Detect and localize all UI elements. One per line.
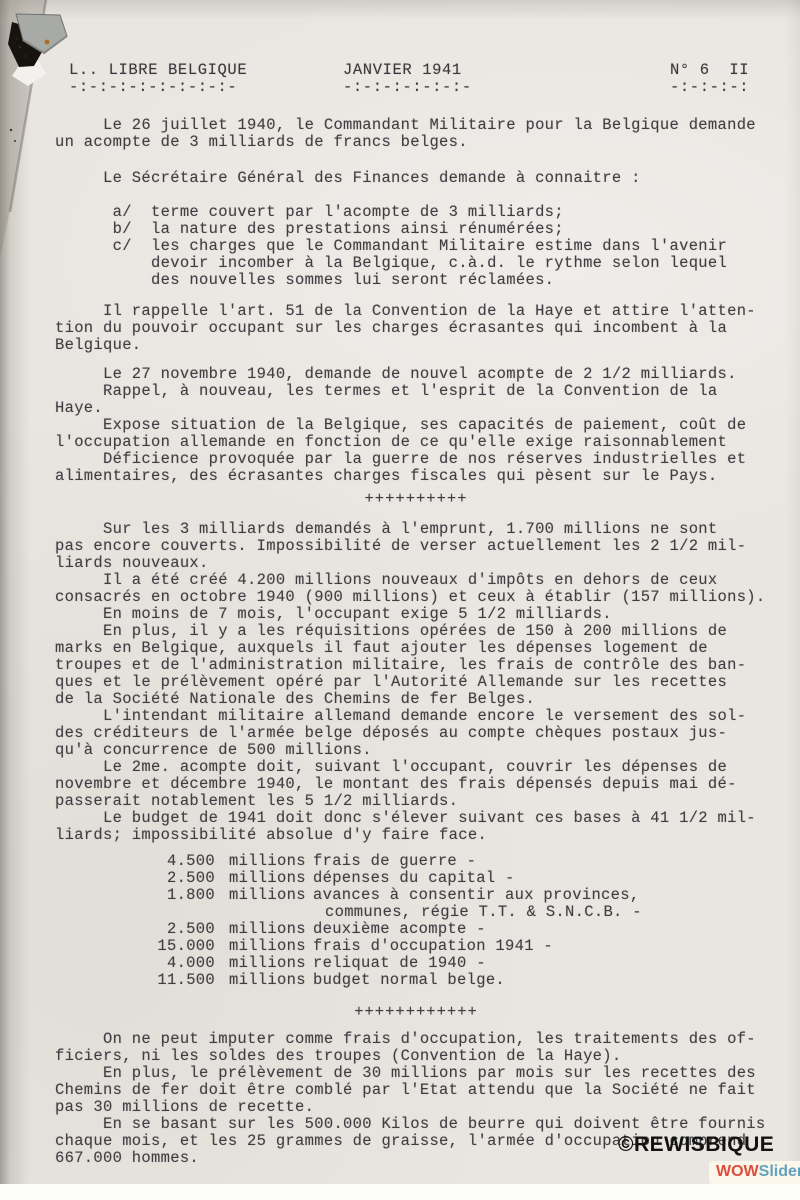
paragraph: a/ terme couvert par l'acompte de 3 mill… bbox=[55, 204, 777, 289]
text-line: ficiers, ni les soldes des troupes (Conv… bbox=[55, 1048, 777, 1065]
budget-unit: millions bbox=[229, 921, 307, 938]
budget-amount: 4.000 bbox=[55, 955, 215, 972]
text-line: des nouvelles sommes lui seront réclamée… bbox=[55, 272, 777, 289]
budget-table-row: 15.000millionsfrais d'occupation 1941 - bbox=[55, 938, 777, 955]
ink-speck bbox=[19, 46, 22, 49]
plus-separator: ++++++++++ bbox=[55, 491, 777, 508]
text-line: marks en Belgique, auxquels il faut ajou… bbox=[55, 640, 777, 657]
budget-label: frais de guerre - bbox=[313, 853, 476, 870]
budget-amount bbox=[55, 904, 215, 921]
budget-unit bbox=[229, 904, 307, 921]
budget-unit: millions bbox=[229, 887, 307, 904]
issue-rule: -:-:-:-: bbox=[670, 79, 749, 96]
copyright-watermark: ©REWISBIQUE bbox=[618, 1133, 788, 1157]
budget-table-row: communes, régie T.T. & S.N.C.B. - bbox=[55, 904, 777, 921]
text-line: Rappel, à nouveau, les termes et l'espri… bbox=[55, 383, 777, 400]
masthead-publication: L.. LIBRE BELGIQUE -:-:-:-:-:-:-:-:- bbox=[69, 62, 247, 96]
text-line: consacrés en octobre 1940 (900 millions)… bbox=[55, 589, 777, 606]
budget-amount: 4.500 bbox=[55, 853, 215, 870]
budget-amount: 15.000 bbox=[55, 938, 215, 955]
paragraph: Le budget de 1941 doit donc s'élever sui… bbox=[55, 810, 777, 844]
document-blocks: Le 26 juillet 1940, le Commandant Milita… bbox=[55, 117, 777, 1167]
text-line: On ne peut imputer comme frais d'occupat… bbox=[55, 1031, 777, 1048]
publication-title: L.. LIBRE BELGIQUE bbox=[69, 62, 247, 79]
budget-table-row: 2.500millionsdépenses du capital - bbox=[55, 870, 777, 887]
paragraph: Rappel, à nouveau, les termes et l'espri… bbox=[55, 383, 777, 417]
budget-label: reliquat de 1940 - bbox=[313, 955, 486, 972]
budget-amount: 1.800 bbox=[55, 887, 215, 904]
budget-amount: 2.500 bbox=[55, 870, 215, 887]
budget-label: dépenses du capital - bbox=[313, 870, 515, 887]
wowslider-badge[interactable]: WOWSlider bbox=[709, 1161, 800, 1184]
paragraph: Déficience provoquée par la guerre de no… bbox=[55, 451, 777, 485]
paragraph: En moins de 7 mois, l'occupant exige 5 1… bbox=[55, 606, 777, 623]
text-line: pas encore couverts. Impossibilité de ve… bbox=[55, 538, 777, 555]
ink-speck bbox=[14, 140, 16, 142]
budget-unit: millions bbox=[229, 938, 307, 955]
issue-date: JANVIER 1941 bbox=[343, 62, 472, 79]
budget-label: frais d'occupation 1941 - bbox=[313, 938, 553, 955]
text-line: passerait notablement les 5 1/2 milliard… bbox=[55, 793, 777, 810]
budget-unit: millions bbox=[229, 972, 307, 989]
paragraph: Expose situation de la Belgique, ses cap… bbox=[55, 417, 777, 451]
text-line: novembre et décembre 1940, le montant de… bbox=[55, 776, 777, 793]
text-line: Le Sécrétaire Général des Finances deman… bbox=[55, 170, 777, 187]
wowslider-badge-wow: WOW bbox=[716, 1163, 759, 1180]
paragraph: On ne peut imputer comme frais d'occupat… bbox=[55, 1031, 777, 1065]
budget-table-row: 2.500millionsdeuxième acompte - bbox=[55, 921, 777, 938]
budget-table-row: 4.000millionsreliquat de 1940 - bbox=[55, 955, 777, 972]
budget-unit: millions bbox=[229, 955, 307, 972]
text-line: En plus, le prélèvement de 30 millions p… bbox=[55, 1065, 777, 1082]
typewritten-text-column: L.. LIBRE BELGIQUE -:-:-:-:-:-:-:-:- JAN… bbox=[55, 62, 777, 1167]
ink-speck bbox=[24, 55, 26, 57]
budget-table-row: 4.500millionsfrais de guerre - bbox=[55, 853, 777, 870]
text-line: Le 26 juillet 1940, le Commandant Milita… bbox=[55, 117, 777, 134]
budget-label: communes, régie T.T. & S.N.C.B. - bbox=[313, 904, 642, 921]
paragraph: Le 2me. acompte doit, suivant l'occupant… bbox=[55, 759, 777, 810]
text-line: Le budget de 1941 doit donc s'élever sui… bbox=[55, 810, 777, 827]
text-line: qu'à concurrence de 500 millions. bbox=[55, 742, 777, 759]
text-line: un acompte de 3 milliards de francs belg… bbox=[55, 134, 777, 151]
budget-table: 4.500millionsfrais de guerre -2.500milli… bbox=[55, 853, 777, 989]
budget-table-row: 1.800millionsavances à consentir aux pro… bbox=[55, 887, 777, 904]
publication-rule: -:-:-:-:-:-:-:-:- bbox=[69, 79, 247, 96]
paragraph: Le 27 novembre 1940, demande de nouvel a… bbox=[55, 366, 777, 383]
masthead-issue-number: N° 6 II -:-:-:-: bbox=[670, 62, 749, 96]
text-line: troupes et de l'administration militaire… bbox=[55, 657, 777, 674]
paragraph: Il rappelle l'art. 51 de la Convention d… bbox=[55, 303, 777, 354]
date-rule: -:-:-:-:-:-:- bbox=[343, 79, 472, 96]
ink-speck bbox=[16, 38, 18, 40]
paragraph: Il a été créé 4.200 millions nouveaux d'… bbox=[55, 572, 777, 606]
text-line: Sur les 3 milliards demandés à l'emprunt… bbox=[55, 521, 777, 538]
text-line: liards; impossibilité absolue d'y faire … bbox=[55, 827, 777, 844]
text-line: devoir incomber à la Belgique, c.à.d. le… bbox=[55, 255, 777, 272]
text-line: Il a été créé 4.200 millions nouveaux d'… bbox=[55, 572, 777, 589]
budget-table-row: 11.500millionsbudget normal belge. bbox=[55, 972, 777, 989]
budget-label: budget normal belge. bbox=[313, 972, 505, 989]
paragraph: Le Sécrétaire Général des Finances deman… bbox=[55, 170, 777, 187]
ink-speck bbox=[10, 129, 12, 131]
text-line: Belgique. bbox=[55, 337, 777, 354]
budget-label: deuxième acompte - bbox=[313, 921, 486, 938]
budget-amount: 11.500 bbox=[55, 972, 215, 989]
page-bottom-margin bbox=[0, 1184, 800, 1200]
text-line: alimentaires, des écrasantes charges fis… bbox=[55, 468, 777, 485]
paragraph: L'intendant militaire allemand demande e… bbox=[55, 708, 777, 759]
text-line: L'intendant militaire allemand demande e… bbox=[55, 708, 777, 725]
rust-speck bbox=[45, 40, 50, 45]
budget-amount: 2.500 bbox=[55, 921, 215, 938]
plus-separator: ++++++++++++ bbox=[55, 1004, 777, 1021]
text-line: c/ les charges que le Commandant Militai… bbox=[55, 238, 777, 255]
text-line: Déficience provoquée par la guerre de no… bbox=[55, 451, 777, 468]
text-line: Le 2me. acompte doit, suivant l'occupant… bbox=[55, 759, 777, 776]
text-line: ques et le prélèvement opéré par l'Autor… bbox=[55, 674, 777, 691]
text-line: En se basant sur les 500.000 Kilos de be… bbox=[55, 1116, 777, 1133]
paragraph: En plus, le prélèvement de 30 millions p… bbox=[55, 1065, 777, 1116]
budget-label: avances à consentir aux provinces, bbox=[313, 887, 639, 904]
paragraph: En plus, il y a les réquisitions opérées… bbox=[55, 623, 777, 708]
text-line: En moins de 7 mois, l'occupant exige 5 1… bbox=[55, 606, 777, 623]
text-line: Chemins de fer doit être comblé par l'Et… bbox=[55, 1082, 777, 1099]
text-line: En plus, il y a les réquisitions opérées… bbox=[55, 623, 777, 640]
text-line: Haye. bbox=[55, 400, 777, 417]
text-line: l'occupation allemande en fonction de ce… bbox=[55, 434, 777, 451]
masthead-date: JANVIER 1941 -:-:-:-:-:-:- bbox=[343, 62, 472, 96]
text-line: liards nouveaux. bbox=[55, 555, 777, 572]
text-line: Expose situation de la Belgique, ses cap… bbox=[55, 417, 777, 434]
paragraph: Le 26 juillet 1940, le Commandant Milita… bbox=[55, 117, 777, 151]
scanned-document-page: L.. LIBRE BELGIQUE -:-:-:-:-:-:-:-:- JAN… bbox=[0, 0, 800, 1200]
budget-unit: millions bbox=[229, 853, 307, 870]
text-line: des créditeurs de l'armée belge déposés … bbox=[55, 725, 777, 742]
budget-unit: millions bbox=[229, 870, 307, 887]
issue-number: N° 6 II bbox=[670, 62, 749, 79]
masthead: L.. LIBRE BELGIQUE -:-:-:-:-:-:-:-:- JAN… bbox=[55, 62, 777, 96]
wowslider-badge-slider: Slider bbox=[759, 1163, 800, 1180]
text-line: a/ terme couvert par l'acompte de 3 mill… bbox=[55, 204, 777, 221]
text-line: tion du pouvoir occupant sur les charges… bbox=[55, 320, 777, 337]
text-line: b/ la nature des prestations ainsi rénum… bbox=[55, 221, 777, 238]
text-line: Le 27 novembre 1940, demande de nouvel a… bbox=[55, 366, 777, 383]
text-line: Il rappelle l'art. 51 de la Convention d… bbox=[55, 303, 777, 320]
paragraph: Sur les 3 milliards demandés à l'emprunt… bbox=[55, 521, 777, 572]
text-line: de la Société Nationale des Chemins de f… bbox=[55, 691, 777, 708]
text-line: pas 30 millions de recette. bbox=[55, 1099, 777, 1116]
